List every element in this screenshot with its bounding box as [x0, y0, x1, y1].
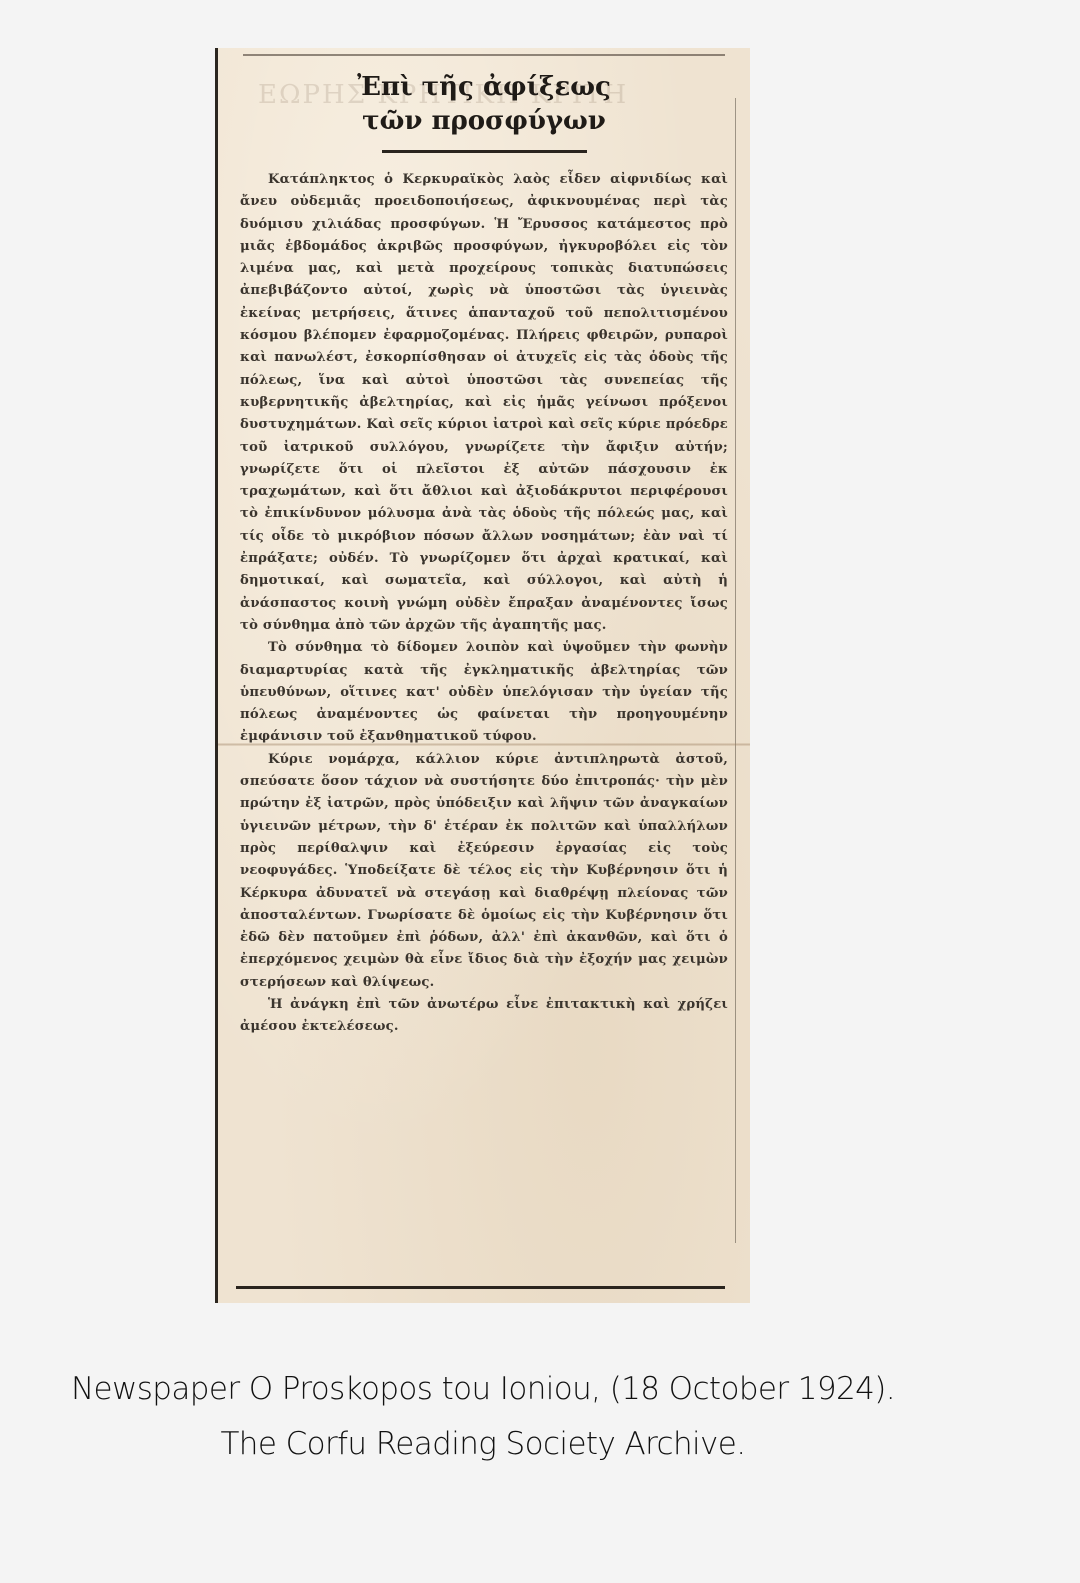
bottom-rule	[236, 1286, 725, 1289]
caption-line-1: Newspaper O Proskopos tou Ioniou, (18 Oc…	[0, 1362, 966, 1417]
headline-line-2: τῶν προσφύγων	[218, 104, 750, 138]
article-headline: Ἐπὶ τῆς ἀφίξεως τῶν προσφύγων	[218, 70, 750, 138]
column-rule	[735, 98, 736, 1243]
headline-rule	[382, 150, 587, 153]
newspaper-clipping-image: ΕΩΡΗΣ ΚΡΗΤΙΚΗ ΚΡΙΤΗ Ἐπὶ τῆς ἀφίξεως τῶν …	[215, 48, 750, 1303]
article-paragraph: Τὸ σύνθημα τὸ δίδομεν λοιπὸν καὶ ὑψοῦμεν…	[240, 637, 728, 748]
article-body: Κατάπληκτος ὁ Κερκυραϊκὸς λαὸς εἶδεν αἰφ…	[218, 169, 750, 1039]
headline-line-1: Ἐπὶ τῆς ἀφίξεως	[218, 70, 750, 104]
image-caption: Newspaper O Proskopos tou Ioniou, (18 Oc…	[0, 1362, 966, 1472]
caption-line-2: The Corfu Reading Society Archive.	[0, 1417, 966, 1472]
article-paragraph: Κατάπληκτος ὁ Κερκυραϊκὸς λαὸς εἶδεν αἰφ…	[240, 169, 728, 637]
top-rule	[243, 54, 725, 56]
article-paragraph: Ἡ ἀνάγκη ἐπὶ τῶν ἀνωτέρω εἶνε ἐπιτακτικὴ…	[240, 994, 728, 1039]
article-paragraph: Κύριε νομάρχα, κάλλιον κύριε ἀντιπληρωτὰ…	[240, 749, 728, 994]
paper-fold-crease	[218, 743, 750, 746]
